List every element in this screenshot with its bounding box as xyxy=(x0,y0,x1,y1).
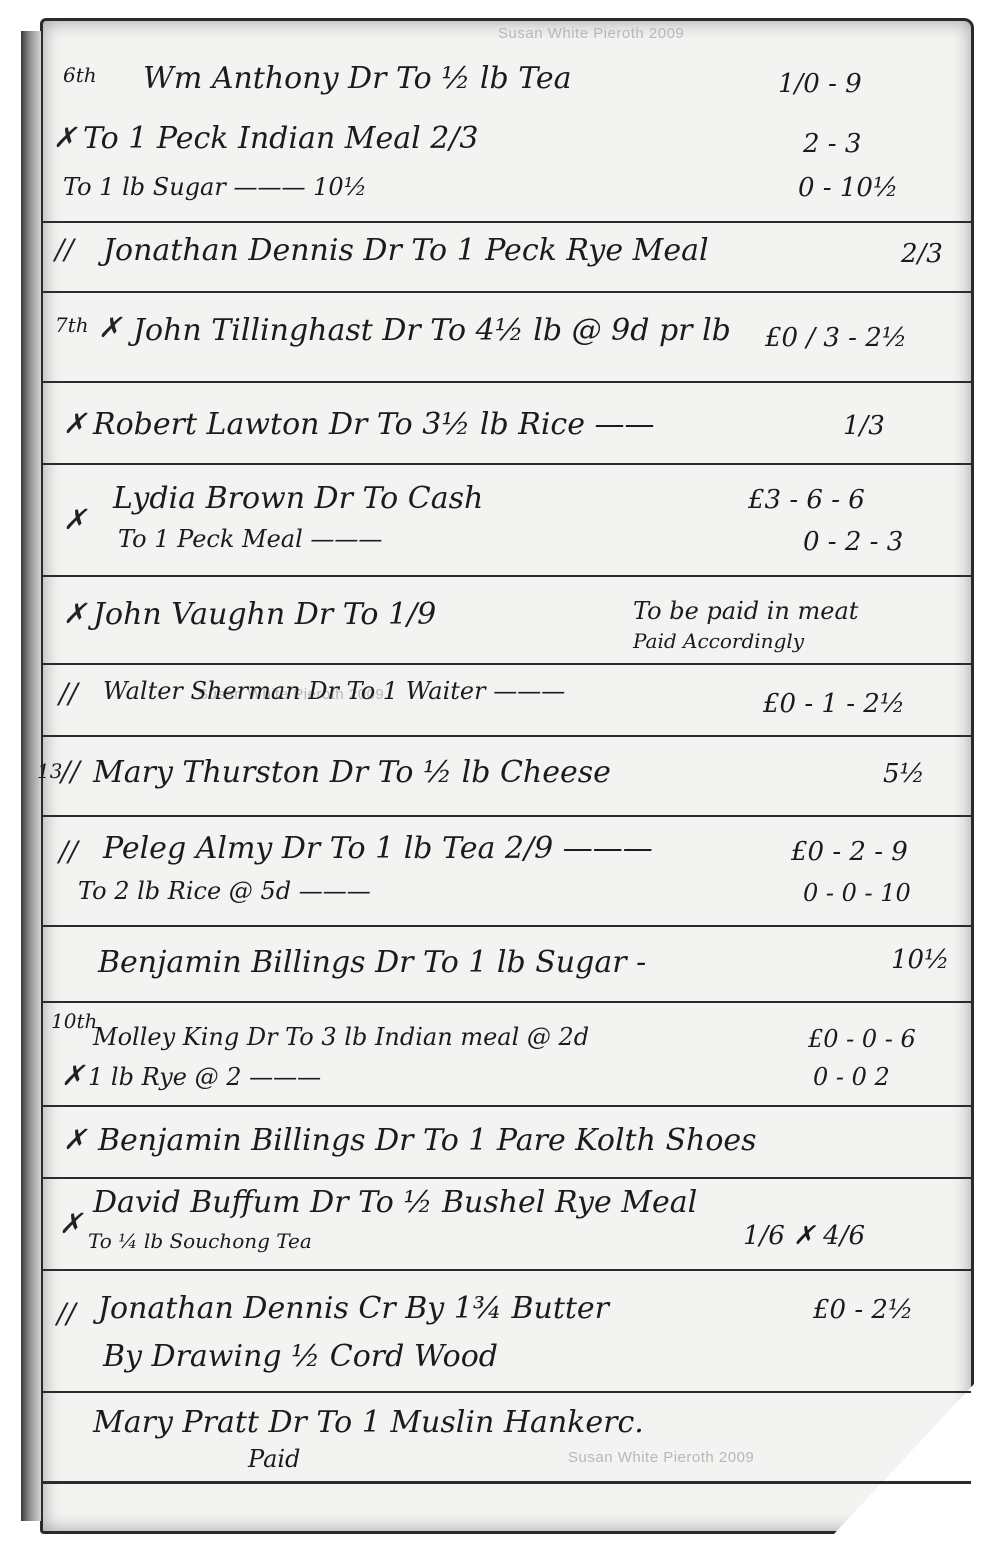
entry-line: David Buffum Dr To ½ Bushel Rye Meal xyxy=(93,1185,697,1220)
settled-mark: // xyxy=(59,835,78,868)
settled-mark: ✗ xyxy=(63,1123,86,1156)
entry-amount: 1/0 - 9 xyxy=(778,69,862,99)
entry-line: Walter Sherman Dr To 1 Waiter ——— xyxy=(103,677,565,705)
entry-line: Jonathan Dennis Cr By 1¾ Butter xyxy=(98,1291,609,1326)
entry-amount: 0 - 2 - 3 xyxy=(803,527,903,557)
entry-line: Lydia Brown Dr To Cash xyxy=(113,481,483,516)
entry-line: Benjamin Billings Dr To 1 lb Sugar - xyxy=(98,945,646,980)
ledger-entry-molley-king: 10th ✗ Molley King Dr To 3 lb Indian mea… xyxy=(43,1001,971,1107)
settled-mark: ✗ xyxy=(63,503,86,536)
ledger-entry-lydia-brown: ✗ Lydia Brown Dr To Cash £3 - 6 - 6 To 1… xyxy=(43,463,971,577)
entry-date: 13 xyxy=(37,759,62,783)
ledger-entry-walter-sherman: // Walter Sherman Dr To 1 Waiter ——— £0 … xyxy=(43,663,971,737)
entry-date: 6th xyxy=(63,63,97,87)
entry-line: By Drawing ½ Cord Wood xyxy=(103,1339,498,1374)
entry-amount: 1/3 xyxy=(843,411,885,441)
entry-line: Mary Pratt Dr To 1 Muslin Hankerc. xyxy=(93,1405,644,1440)
ledger-entry-john-vaughn: ✗ John Vaughn Dr To 1/9 To be paid in me… xyxy=(43,575,971,665)
entry-amount: £0 - 1 - 2½ xyxy=(763,689,905,719)
ledger-entry-jonathan-dennis: // Jonathan Dennis Dr To 1 Peck Rye Meal… xyxy=(43,221,971,293)
settled-mark: ✗ xyxy=(98,311,121,344)
ledger-entry-peleg-almy: // Peleg Almy Dr To 1 lb Tea 2/9 ——— £0 … xyxy=(43,815,971,927)
entry-amount: £0 - 0 - 6 xyxy=(808,1025,916,1053)
settled-mark: // xyxy=(59,677,78,710)
entry-line: Peleg Almy Dr To 1 lb Tea 2/9 ——— xyxy=(103,831,653,866)
entry-line: Benjamin Billings Dr To 1 Pare Kolth Sho… xyxy=(98,1123,757,1158)
entry-amount: 10½ xyxy=(891,945,949,975)
entry-amount: 0 - 10½ xyxy=(798,173,898,203)
entry-line: Wm Anthony Dr To ½ lb Tea xyxy=(143,61,572,96)
entry-amount: 2 - 3 xyxy=(803,129,861,159)
ledger-entry-wm-anthony: 6th ✗ Wm Anthony Dr To ½ lb Tea 1/0 - 9 … xyxy=(43,21,971,223)
ledger-entry-david-buffum: ✗ David Buffum Dr To ½ Bushel Rye Meal T… xyxy=(43,1177,971,1271)
entry-amount: 0 - 0 2 xyxy=(813,1063,890,1091)
settled-mark: // xyxy=(55,233,74,266)
entry-amount: 5½ xyxy=(883,759,925,789)
entry-line: Robert Lawton Dr To 3½ lb Rice —— xyxy=(93,407,655,442)
ledger-page: Susan White Pieroth 2009 Susan White Pie… xyxy=(40,18,974,1534)
entry-amount: 1/6 ✗ 4/6 xyxy=(743,1221,865,1251)
ledger-entry-mary-thurston: 13 // Mary Thurston Dr To ½ lb Cheese 5½ xyxy=(43,735,971,817)
entry-line: John Vaughn Dr To 1/9 xyxy=(93,597,436,632)
entry-date: 7th xyxy=(55,313,89,337)
entry-line: To 1 Peck Meal ——— xyxy=(118,525,382,553)
ledger-entry-benjamin-billings-sugar: Benjamin Billings Dr To 1 lb Sugar - 10½ xyxy=(43,925,971,1003)
entry-line: Molley King Dr To 3 lb Indian meal @ 2d xyxy=(93,1023,589,1051)
ledger-entry-jonathan-dennis-credit: // Jonathan Dennis Cr By 1¾ Butter £0 - … xyxy=(43,1269,971,1393)
entry-line: To 1 lb Sugar ——— 10½ xyxy=(63,173,367,201)
settled-mark: ✗ xyxy=(63,407,86,440)
entry-amount: £3 - 6 - 6 xyxy=(748,485,865,515)
entry-line: To ¼ lb Souchong Tea xyxy=(88,1229,312,1253)
settled-mark: ✗ xyxy=(61,1059,84,1092)
entry-paid-note: Paid xyxy=(248,1445,300,1473)
settled-mark: // xyxy=(57,1297,76,1330)
settled-mark: ✗ xyxy=(59,1207,82,1240)
entry-line: Mary Thurston Dr To ½ lb Cheese xyxy=(93,755,611,790)
entry-amount: 0 - 0 - 10 xyxy=(803,879,911,907)
settled-mark: ✗ xyxy=(53,121,76,154)
ledger-entry-john-tillinghast: 7th ✗ John Tillinghast Dr To 4½ lb @ 9d … xyxy=(43,291,971,383)
entry-amount: £0 - 2½ xyxy=(813,1295,913,1325)
settled-mark: // xyxy=(61,755,80,788)
settled-mark: ✗ xyxy=(63,597,86,630)
ledger-entry-mary-pratt: Mary Pratt Dr To 1 Muslin Hankerc. Paid xyxy=(43,1391,971,1484)
ledger-entry-robert-lawton: ✗ Robert Lawton Dr To 3½ lb Rice —— 1/3 xyxy=(43,381,971,465)
entry-line: 1 lb Rye @ 2 ——— xyxy=(88,1063,321,1091)
entry-paid-note: Paid Accordingly xyxy=(633,629,804,653)
entry-line: Jonathan Dennis Dr To 1 Peck Rye Meal xyxy=(103,233,709,268)
entry-line: John Tillinghast Dr To 4½ lb @ 9d pr lb xyxy=(133,313,731,348)
ledger-entry-benjamin-billings-shoes: ✗ Benjamin Billings Dr To 1 Pare Kolth S… xyxy=(43,1105,971,1179)
entry-line: To 2 lb Rice @ 5d ——— xyxy=(78,877,371,905)
entry-note: To be paid in meat xyxy=(633,597,858,625)
entry-date: 10th xyxy=(51,1009,97,1033)
entry-amount: 2/3 xyxy=(901,239,943,269)
entry-amount: £0 - 2 - 9 xyxy=(791,837,908,867)
entry-line: To 1 Peck Indian Meal 2/3 xyxy=(83,121,479,156)
entry-amount: £0 / 3 - 2½ xyxy=(765,323,907,353)
